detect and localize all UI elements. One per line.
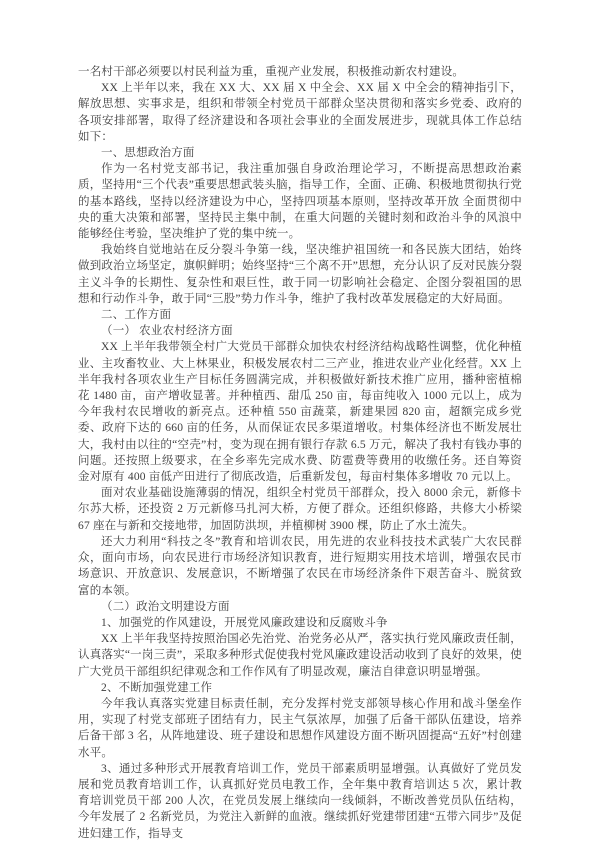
paragraph: 一、思想政治方面 xyxy=(78,145,522,161)
paragraph: 二、工作方面 xyxy=(78,307,522,323)
paragraph: 面对农业基础设施薄弱的情况，组织全村党员干部群众，投入 8000 余元，新修卡尔… xyxy=(78,485,522,534)
paragraph: 作为一名村党支部书记，我注重加强自身政治理论学习，不断提高思想政治素质，坚持用“… xyxy=(78,161,522,242)
document-body: 一名村干部必须要以村民利益为重，重视产业发展，积极推动新农村建设。XX 上半年以… xyxy=(78,64,522,842)
paragraph: 还大力利用“科技之冬”教育和培训农民，用先进的农业科技技术武装广大农民群众，面向… xyxy=(78,534,522,599)
paragraph: 一名村干部必须要以村民利益为重，重视产业发展，积极推动新农村建设。 xyxy=(78,64,522,80)
paragraph: 3、通过多种形式开展教育培训工作，党员干部素质明显增强。认真做好了党员发展和党员… xyxy=(78,761,522,842)
paragraph: XX 上半年我坚持按照治国必先治党、治党务必从严，落实执行党风廉政责任制，认真落… xyxy=(78,631,522,680)
paragraph: XX 上半年以来，我在 XX 大、XX 届 X 中全会、XX 届 X 中全会的精… xyxy=(78,80,522,145)
paragraph: 1、加强党的作风建设，开展党风廉政建设和反腐败斗争 xyxy=(78,615,522,631)
paragraph: 2、不断加强党建工作 xyxy=(78,680,522,696)
paragraph: （二）政治文明建设方面 xyxy=(78,599,522,615)
document-page: 一名村干部必须要以村民利益为重，重视产业发展，积极推动新农村建设。XX 上半年以… xyxy=(0,0,600,849)
paragraph: XX 上半年我带领全村广大党员干部群众加快农村经济结构战略性调整，优化种植业、主… xyxy=(78,339,522,485)
paragraph: 我始终自觉地站在反分裂斗争第一线，坚决维护祖国统一和各民族大团结，始终做到政治立… xyxy=(78,242,522,307)
paragraph: （一） 农业农村经济方面 xyxy=(78,323,522,339)
paragraph: 今年我认真落实党建目标责任制，充分发挥村党支部领导核心作用和战斗堡垒作用，实现了… xyxy=(78,696,522,761)
